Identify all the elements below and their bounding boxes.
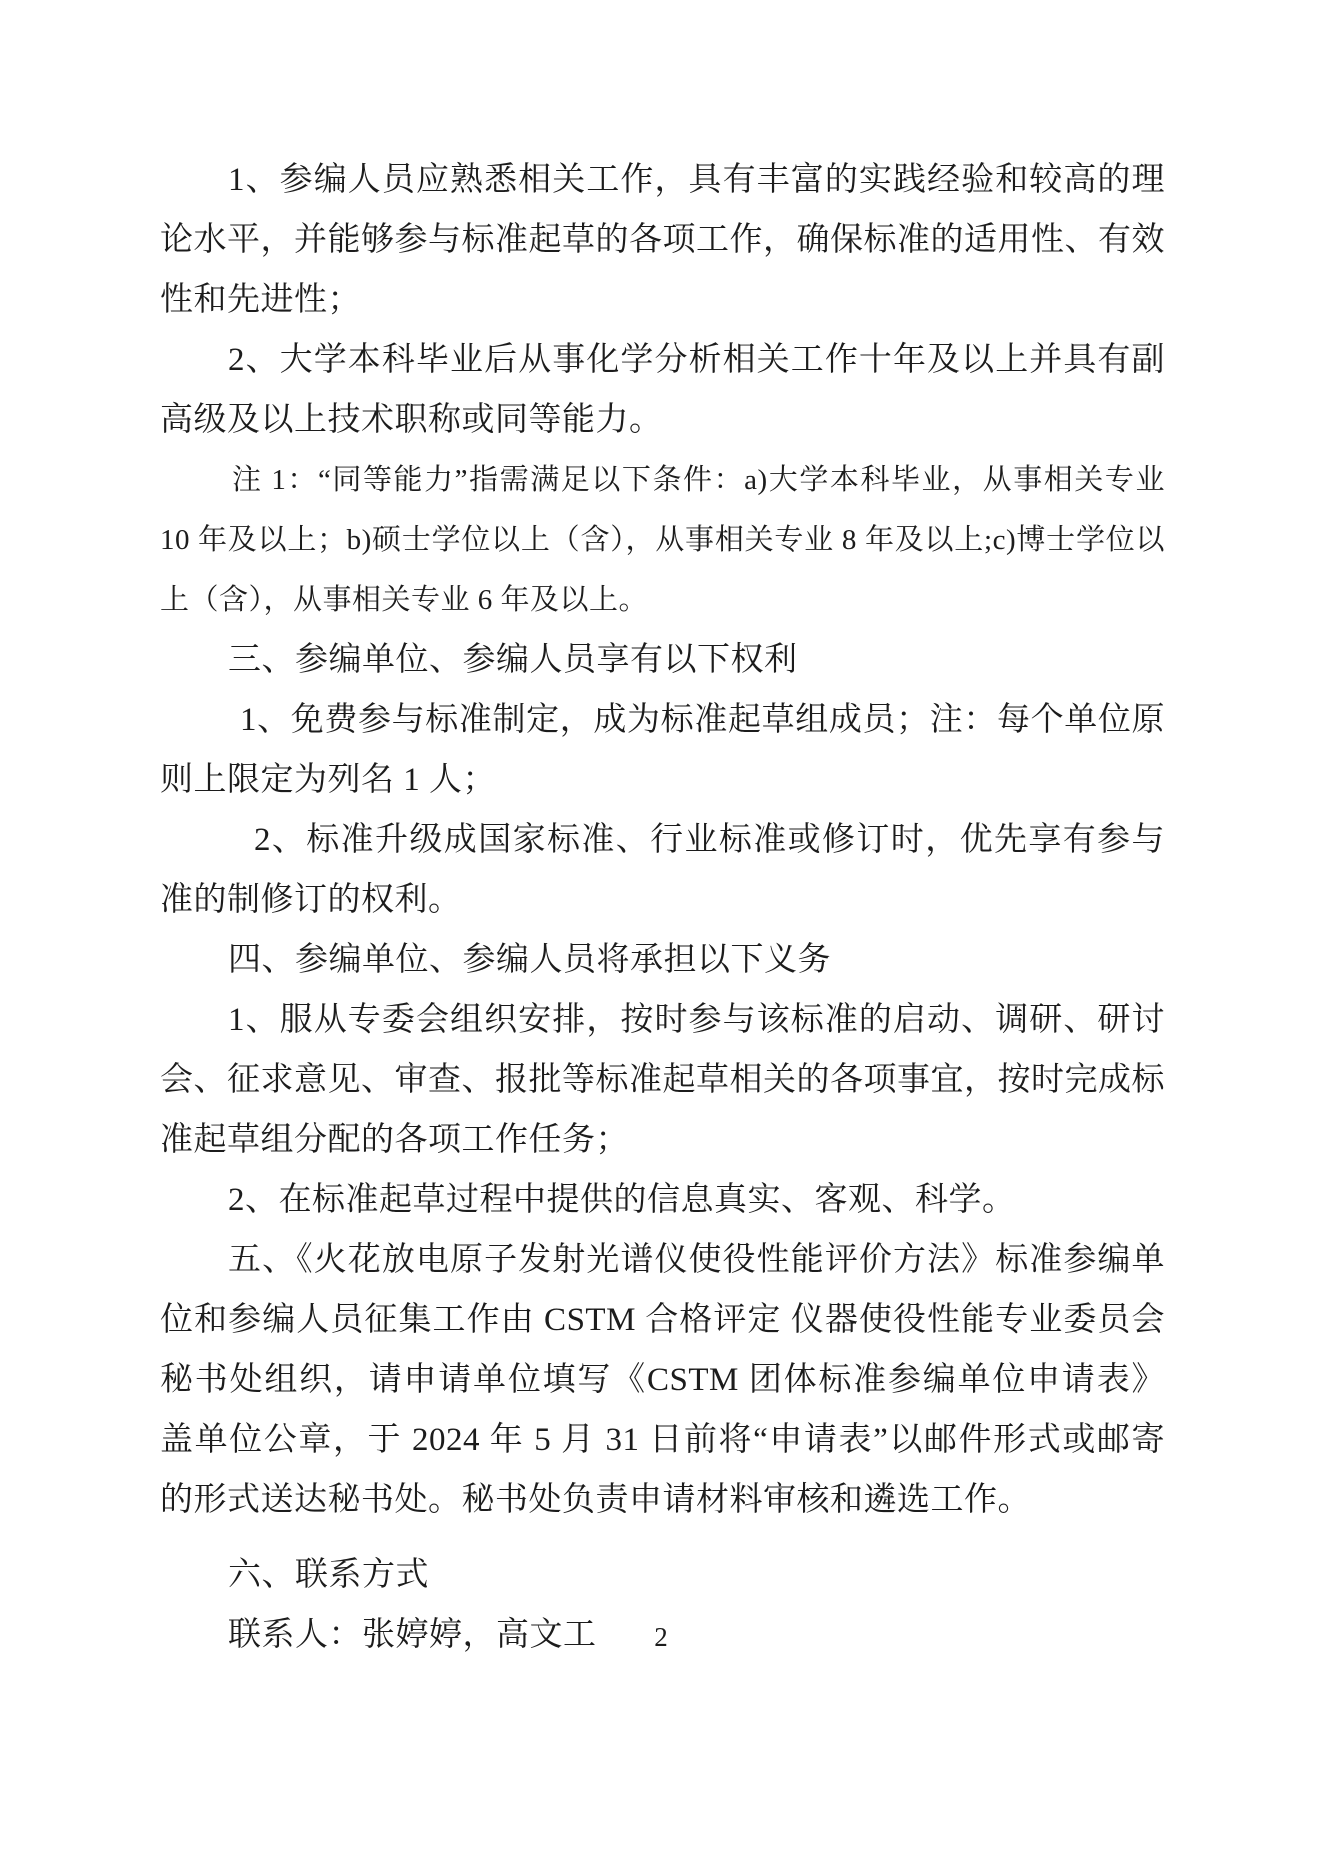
doc-line: 会、征求意见、审查、报批等标准起草相关的各项事宜，按时完成标 <box>160 1050 1165 1110</box>
doc-line: 准起草组分配的各项工作任务； <box>160 1110 1165 1170</box>
doc-line: 的形式送达秘书处。秘书处负责申请材料审核和遴选工作。 <box>160 1470 1165 1530</box>
doc-line: 2、在标准起草过程中提供的信息真实、客观、科学。 <box>160 1170 1165 1230</box>
doc-line: 准的制修订的权利。 <box>160 870 1165 930</box>
doc-heading-line: 三、参编单位、参编人员享有以下权利 <box>160 630 1165 690</box>
doc-note-line: 10 年及以上；b)硕士学位以上（含），从事相关专业 8 年及以上;c)博士学位… <box>160 510 1165 570</box>
doc-line: 位和参编人员征集工作由 CSTM 合格评定 仪器使役性能专业委员会 <box>160 1290 1165 1350</box>
doc-note-line: 上（含），从事相关专业 6 年及以上。 <box>160 570 1165 630</box>
doc-heading-line: 五、《火花放电原子发射光谱仪使役性能评价方法》标准参编单 <box>160 1230 1165 1290</box>
doc-line: 则上限定为列名 1 人； <box>160 750 1165 810</box>
doc-line: 1、参编人员应熟悉相关工作，具有丰富的实践经验和较高的理 <box>160 150 1165 210</box>
page-number: 2 <box>0 1622 1322 1653</box>
doc-heading-line: 四、参编单位、参编人员将承担以下义务 <box>160 930 1165 990</box>
doc-line: 盖单位公章，于 2024 年 5 月 31 日前将“申请表”以邮件形式或邮寄 <box>160 1410 1165 1470</box>
doc-line: 1、服从专委会组织安排，按时参与该标准的启动、调研、研讨 <box>160 990 1165 1050</box>
doc-line: 2、标准升级成国家标准、行业标准或修订时，优先享有参与标 <box>160 810 1165 870</box>
doc-note-line: 注 1：“同等能力”指需满足以下条件：a)大学本科毕业，从事相关专业 <box>160 450 1165 510</box>
document-page: 1、参编人员应熟悉相关工作，具有丰富的实践经验和较高的理 论水平，并能够参与标准… <box>0 0 1322 1870</box>
document-body: 1、参编人员应熟悉相关工作，具有丰富的实践经验和较高的理 论水平，并能够参与标准… <box>160 150 1165 1665</box>
doc-line: 论水平，并能够参与标准起草的各项工作，确保标准的适用性、有效 <box>160 210 1165 270</box>
doc-line: 1、免费参与标准制定，成为标准起草组成员；注：每个单位原 <box>160 690 1165 750</box>
doc-heading-line: 六、联系方式 <box>160 1545 1165 1605</box>
doc-line: 高级及以上技术职称或同等能力。 <box>160 390 1165 450</box>
doc-line: 性和先进性； <box>160 270 1165 330</box>
doc-line: 秘书处组织，请申请单位填写《CSTM 团体标准参编单位申请表》加 <box>160 1350 1165 1410</box>
doc-line: 2、大学本科毕业后从事化学分析相关工作十年及以上并具有副 <box>160 330 1165 390</box>
